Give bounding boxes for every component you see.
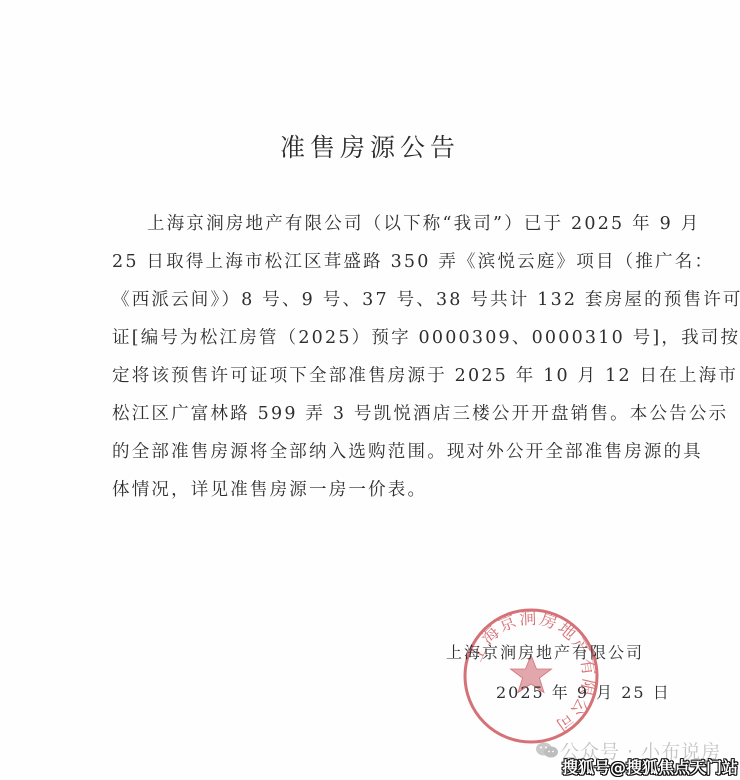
sohu-watermark: 搜狐号@搜狐焦点天门站	[562, 755, 738, 778]
body-line-3: 《西派云间》）8 号、9 号、37 号、38 号共计 132 套房屋的预售许可	[112, 288, 632, 312]
body-line-5: 定将该预售许可证项下全部准售房源于 2025 年 10 月 12 日在上海市	[112, 364, 632, 388]
signature-company: 上海京涧房地产有限公司	[446, 640, 644, 663]
body-line-4: 证[编号为松江房管（2025）预字 0000309、0000310 号]，我司按…	[112, 326, 632, 350]
wechat-icon	[535, 741, 559, 759]
company-seal: 上海京涧房地产有限公司	[462, 607, 600, 745]
body-line-6: 松江区广富林路 599 弄 3 号凯悦酒店三楼公开开盘销售。本公告公示	[112, 402, 632, 426]
document-title: 准售房源公告	[0, 128, 740, 164]
signature-date: 2025 年 9 月 25 日	[496, 680, 671, 703]
body-line-1: 上海京涧房地产有限公司（以下称“我司”）已于 2025 年 9 月	[147, 212, 667, 236]
body-line-2: 25 日取得上海市松江区茸盛路 350 弄《滨悦云庭》项目（推广名：	[112, 250, 632, 274]
document-page: 准售房源公告 上海京涧房地产有限公司（以下称“我司”）已于 2025 年 9 月…	[0, 0, 740, 780]
body-line-7: 的全部准售房源将全部纳入选购范围。现对外公开全部准售房源的具	[112, 440, 632, 464]
body-line-8: 体情况，详见准售房源一房一价表。	[112, 478, 632, 502]
